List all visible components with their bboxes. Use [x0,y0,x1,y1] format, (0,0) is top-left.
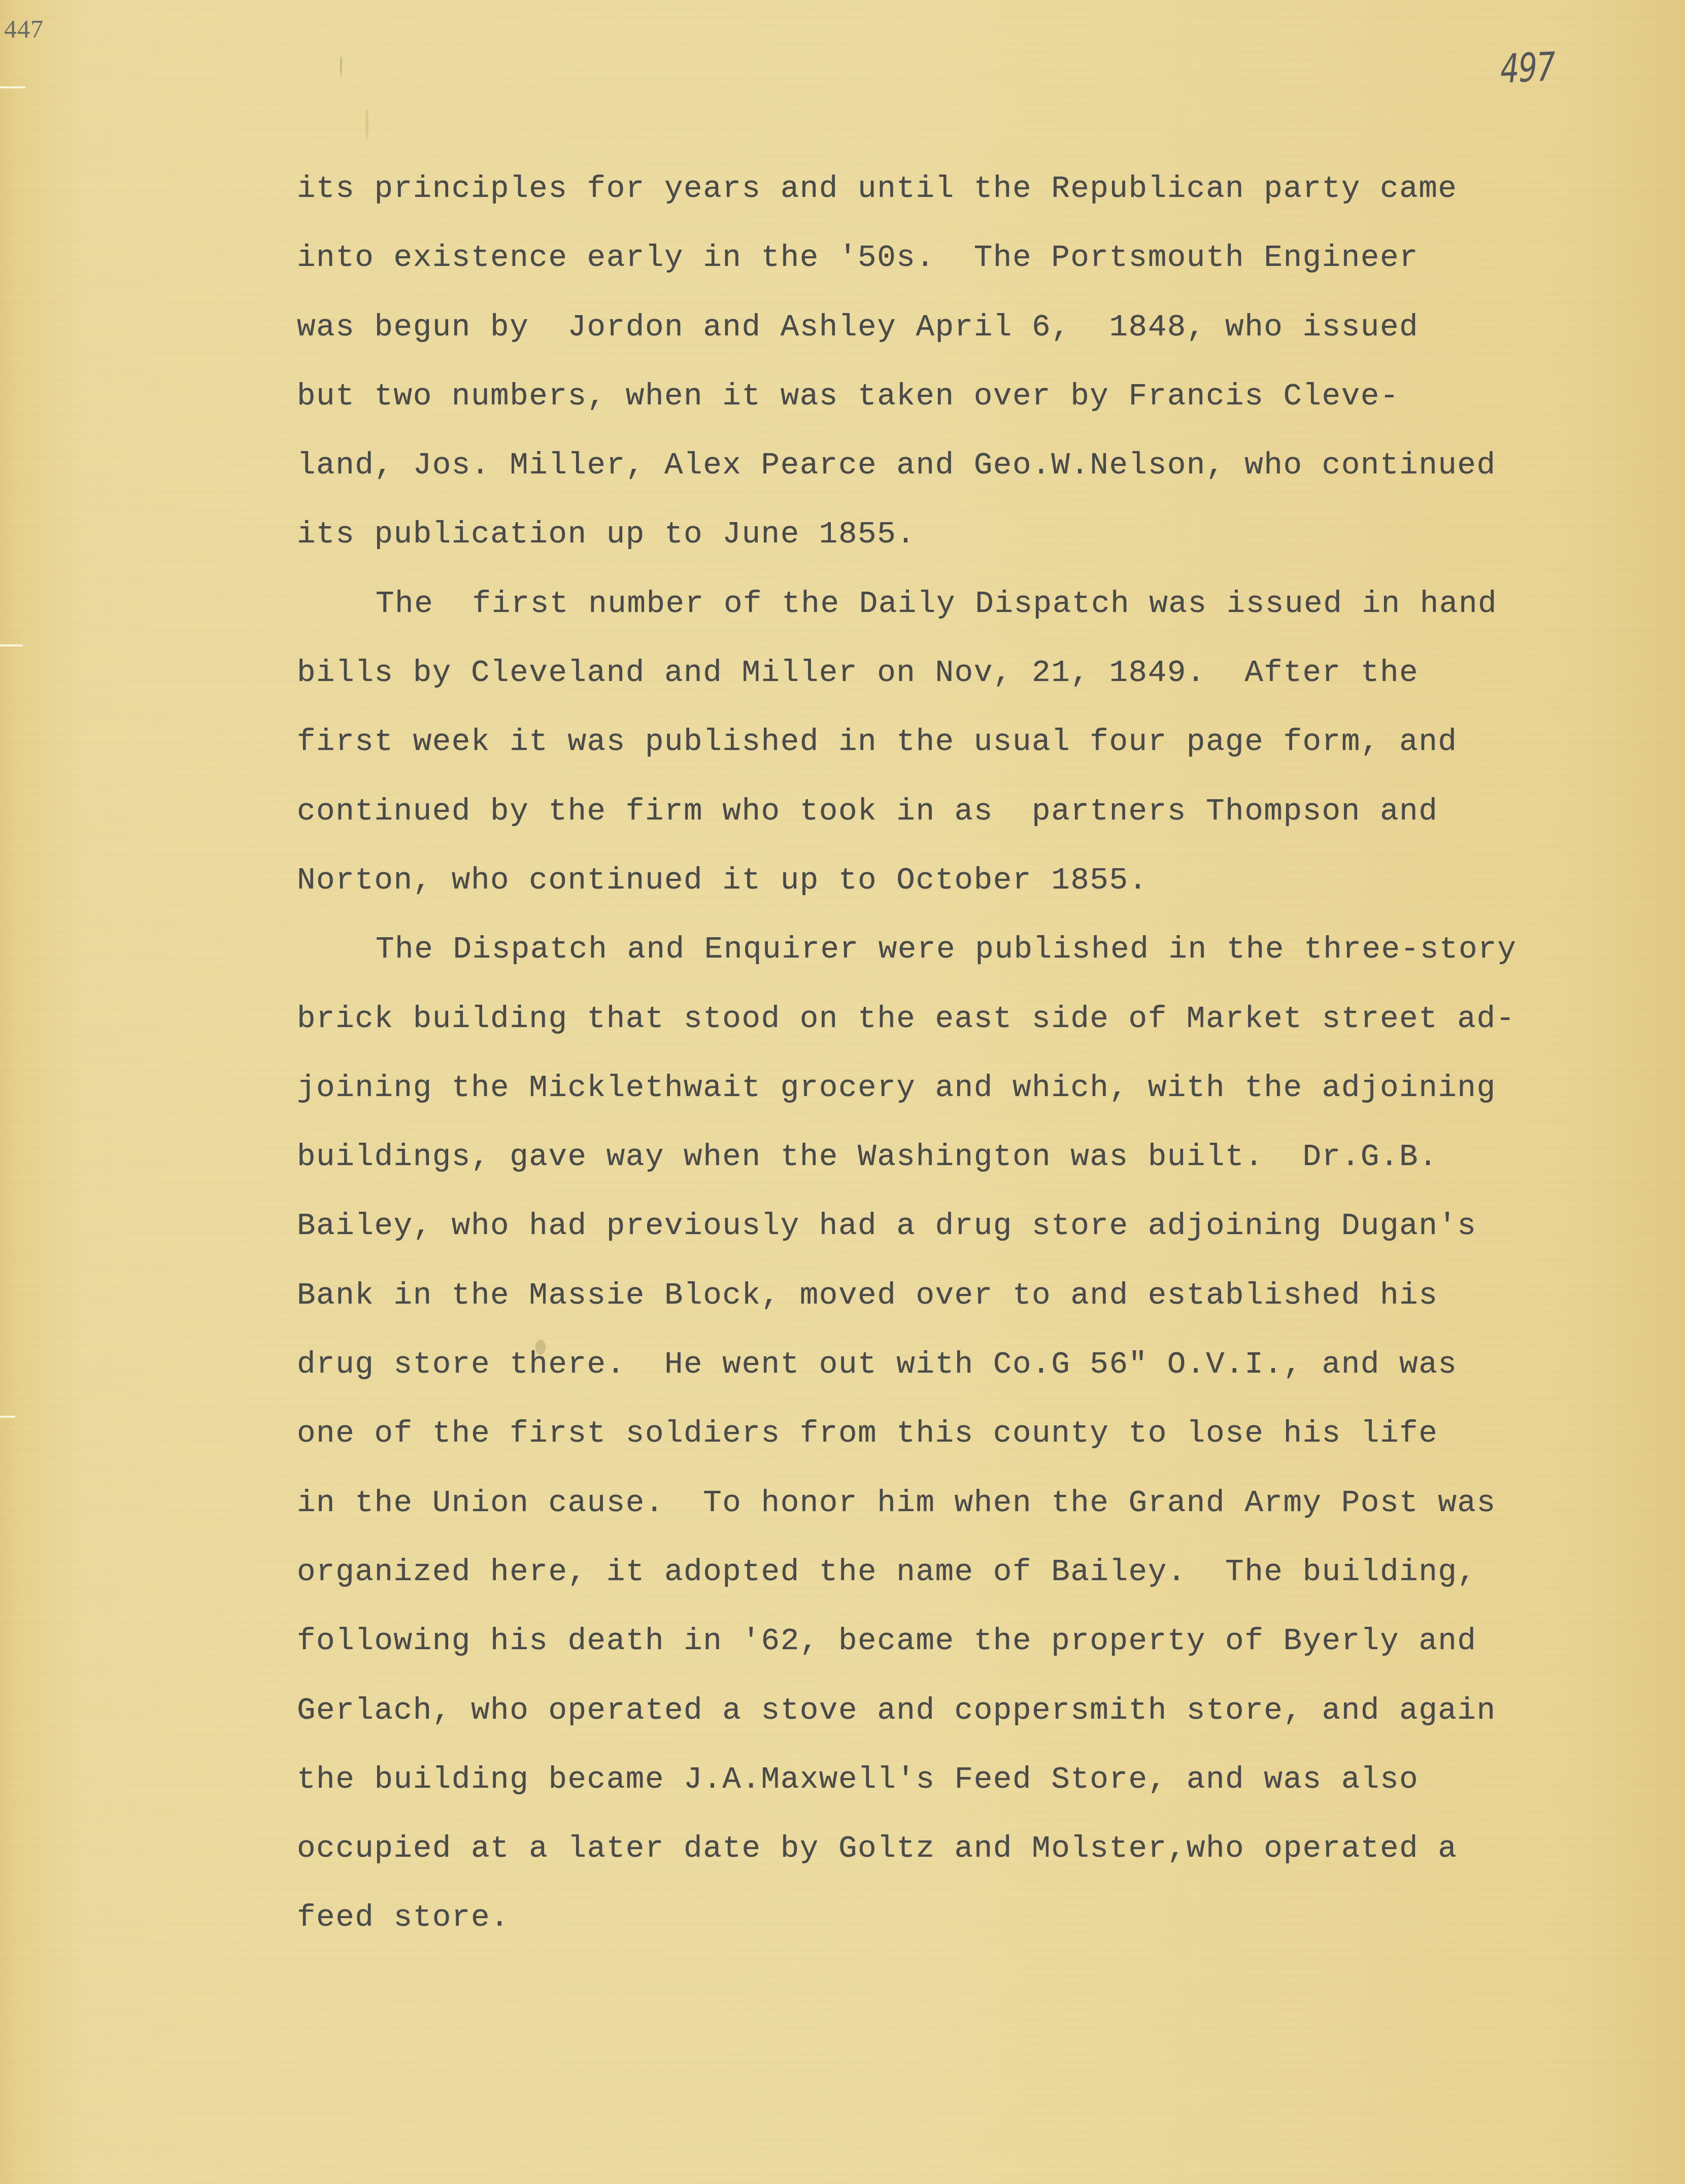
text-line: drug store there. He went out with Co.G … [297,1347,1616,1416]
text-line: organized here, it adopted the name of B… [297,1555,1616,1624]
archive-number: 447 [4,14,44,44]
text-line: bills by Cleveland and Miller on Nov, 21… [297,656,1616,725]
edge-tear [0,86,25,88]
text-line: buildings, gave way when the Washington … [297,1140,1616,1209]
paragraph-first-line: The Dispatch and Enquirer were published… [297,932,1616,1001]
edge-tear [0,644,23,646]
text-line: into existence early in the '50s. The Po… [297,241,1616,310]
page-number: 497 [1500,44,1555,92]
text-line: was begun by Jordon and Ashley April 6, … [297,310,1616,379]
text-line: its principles for years and until the R… [297,172,1616,241]
text-line: occupied at a later date by Goltz and Mo… [297,1831,1616,1900]
edge-tear [0,1416,15,1418]
text-line: Norton, who continued it up to October 1… [297,863,1616,932]
text-line: joining the Micklethwait grocery and whi… [297,1071,1616,1140]
typewritten-body: its principles for years and until the R… [297,172,1616,1970]
text-line: brick building that stood on the east si… [297,1002,1616,1071]
text-line: land, Jos. Miller, Alex Pearce and Geo.W… [297,448,1616,517]
text-line: but two numbers, when it was taken over … [297,379,1616,448]
text-line: Bank in the Massie Block, moved over to … [297,1278,1616,1347]
text-line: following his death in '62, became the p… [297,1624,1616,1693]
text-line: the building became J.A.Maxwell's Feed S… [297,1762,1616,1831]
text-line: its publication up to June 1855. [297,517,1616,586]
paper-mark [340,56,342,76]
paper-stain [365,109,368,140]
text-line: one of the first soldiers from this coun… [297,1416,1616,1485]
text-line: in the Union cause. To honor him when th… [297,1486,1616,1555]
text-line: continued by the firm who took in as par… [297,794,1616,863]
text-line: feed store. [297,1900,1616,1969]
text-line: Bailey, who had previously had a drug st… [297,1209,1616,1278]
text-line: Gerlach, who operated a stove and copper… [297,1693,1616,1762]
paragraph-first-line: The first number of the Daily Dispatch w… [297,587,1616,656]
text-line: first week it was published in the usual… [297,725,1616,794]
